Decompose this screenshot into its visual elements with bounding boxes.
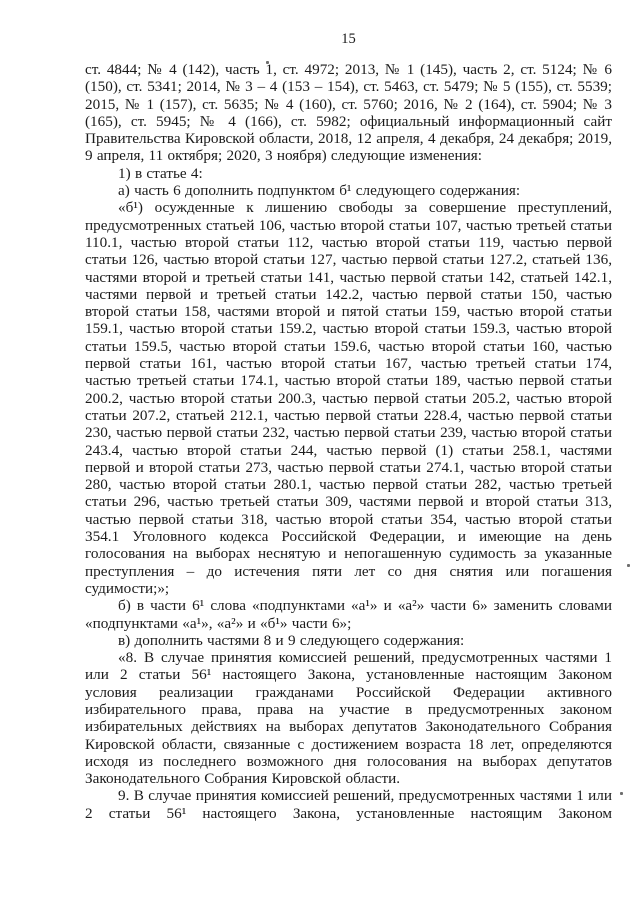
paragraph: «б¹) осужденные к лишению свободы за сов… (85, 199, 612, 597)
scan-speck (627, 564, 630, 567)
paragraph: б) в части 6¹ слова «подпунктами «а¹» и … (85, 597, 612, 632)
paragraph: 9. В случае принятия комиссией решений, … (85, 787, 612, 822)
page-number: 15 (85, 31, 612, 48)
scan-speck (266, 61, 269, 64)
paragraph: «8. В случае принятия комиссией решений,… (85, 649, 612, 787)
paragraph: 1) в статье 4: (85, 165, 612, 182)
scan-speck (620, 792, 623, 795)
document-body: ст. 4844; № 4 (142), часть 1, ст. 4972; … (85, 61, 612, 822)
paragraph: ст. 4844; № 4 (142), часть 1, ст. 4972; … (85, 61, 612, 165)
paragraph: в) дополнить частями 8 и 9 следующего со… (85, 632, 612, 649)
paragraph: а) часть 6 дополнить подпунктом б¹ следу… (85, 182, 612, 199)
document-page: 15 ст. 4844; № 4 (142), часть 1, ст. 497… (0, 0, 640, 905)
